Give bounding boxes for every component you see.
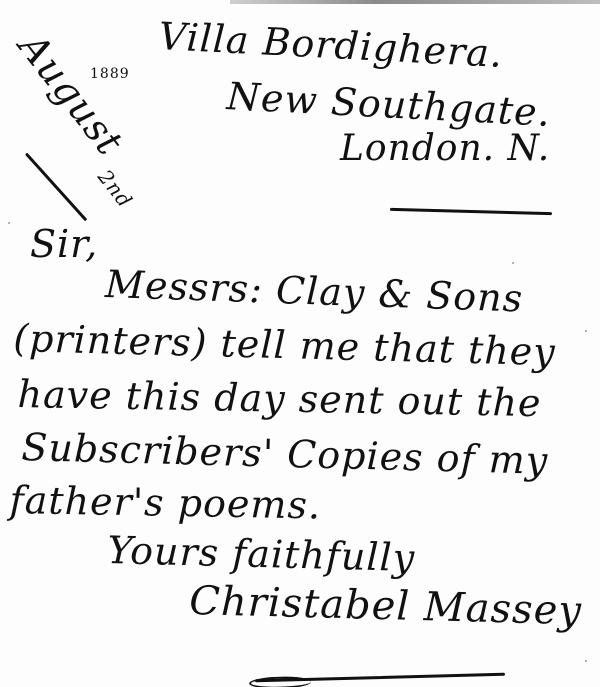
date-month: August <box>10 25 132 164</box>
signature: Christabel Massey <box>189 578 583 634</box>
closing: Yours faithfully <box>107 528 416 580</box>
letter-page: August 2nd 1889 Villa Bordighera. New So… <box>0 0 600 687</box>
paper-speck <box>585 330 587 332</box>
scan-edge-line <box>230 0 600 4</box>
address-line-3: London. N. <box>340 128 550 169</box>
paper-speck <box>585 660 587 662</box>
address-line-2: New Southgate. <box>226 74 552 135</box>
body-line-5: father's poems. <box>9 478 321 527</box>
date-day: 2nd <box>93 165 137 212</box>
paper-speck <box>512 262 514 264</box>
signature-flourish <box>255 673 505 683</box>
paper-speck <box>8 222 10 224</box>
body-line-1: Messrs: Clay & Sons <box>104 262 523 321</box>
body-line-3: have this day sent out the <box>17 372 542 425</box>
address-underline <box>390 208 552 215</box>
body-line-4: Subscribers' Copies of my <box>21 425 549 483</box>
date-underline <box>25 152 87 221</box>
address-line-1: Villa Bordighera. <box>158 14 504 76</box>
date-year: 1889 <box>90 66 130 82</box>
body-line-2: (printers) tell me that they <box>13 316 556 374</box>
salutation: Sir, <box>30 222 98 266</box>
